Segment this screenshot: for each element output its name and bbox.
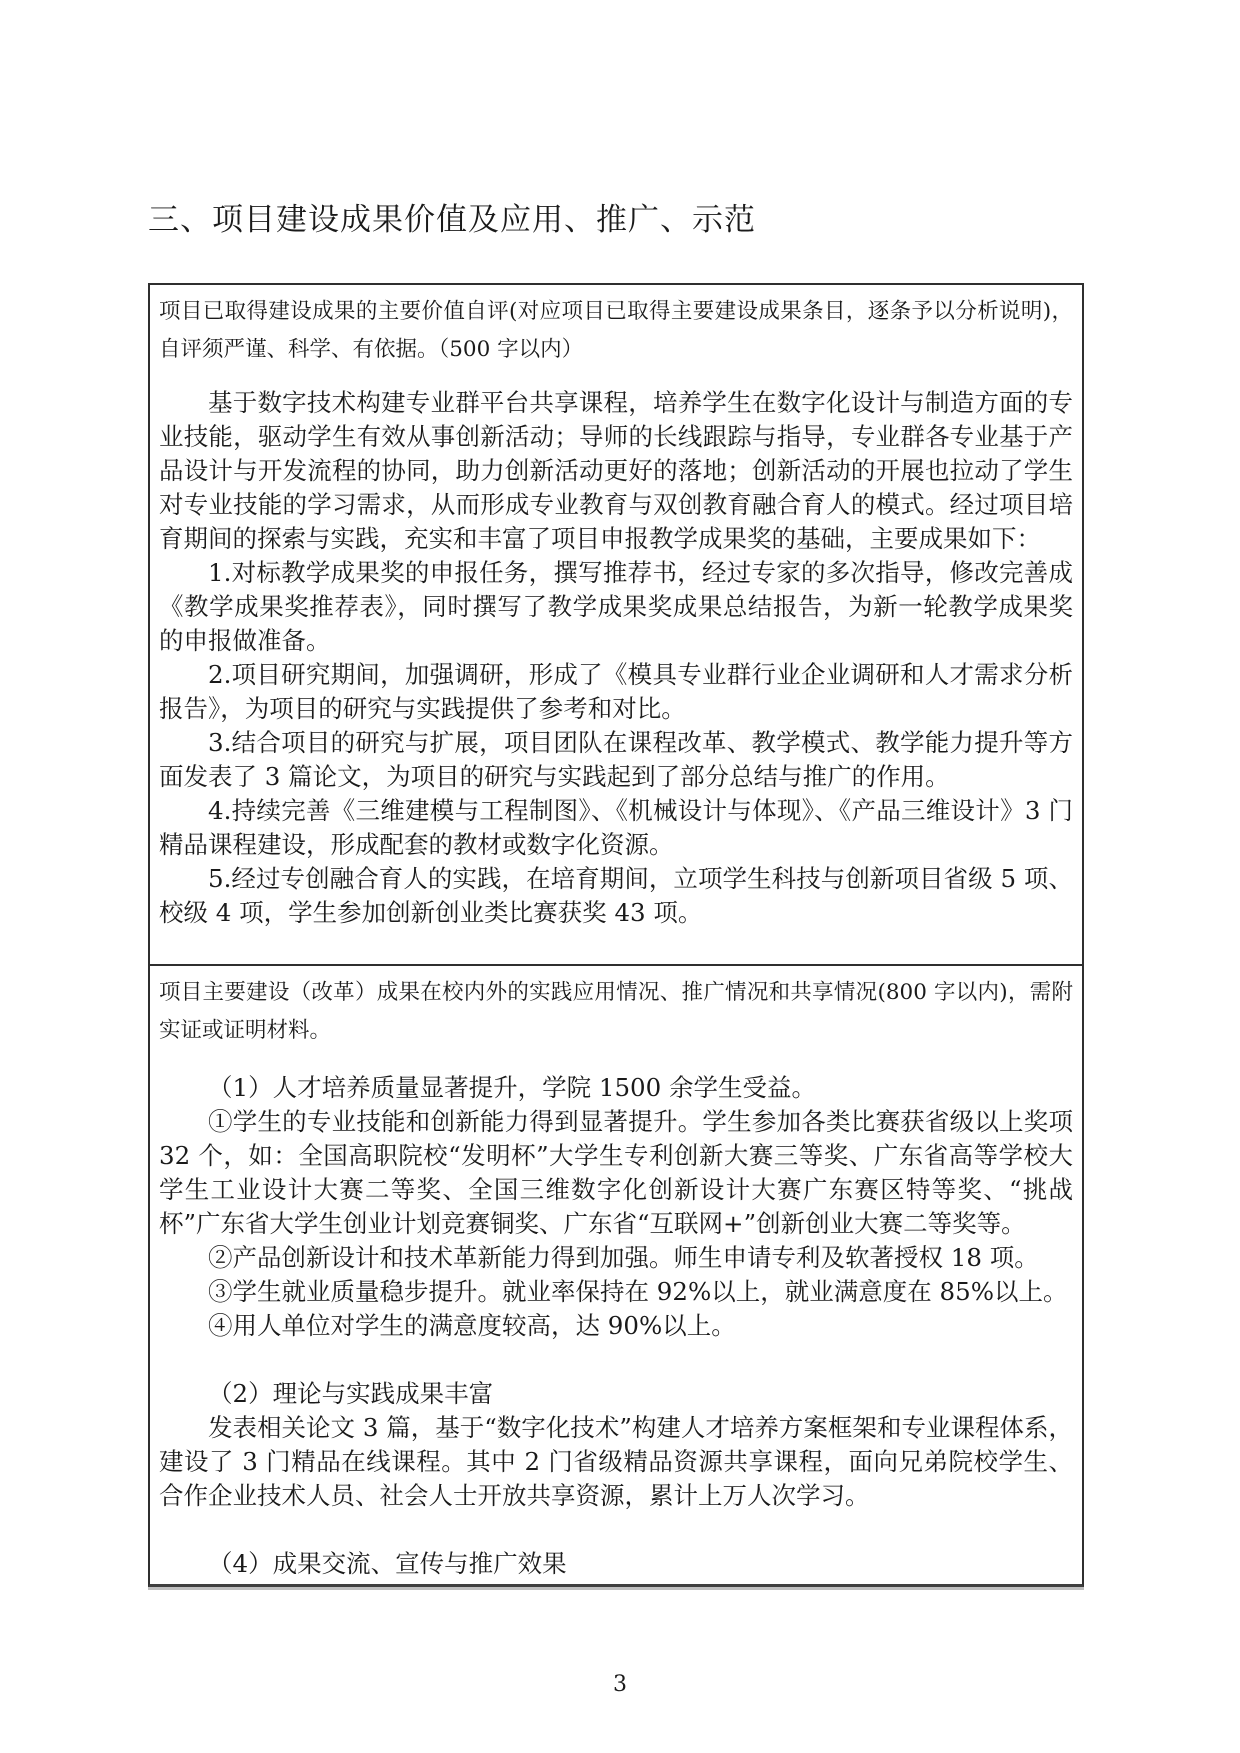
application-paragraph: ③学生就业质量稳步提升。就业率保持在 92%以上，就业满意度在 85%以上。	[159, 1275, 1073, 1309]
evaluation-paragraph: 5.经过专创融合育人的实践，在培育期间，立项学生科技与创新项目省级 5 项、校级…	[159, 862, 1073, 930]
evaluation-paragraph: 4.持续完善《三维建模与工程制图》、《机械设计与体现》、《产品三维设计》3 门精…	[159, 794, 1073, 862]
application-paragraph: （4）成果交流、宣传与推广效果	[159, 1547, 1073, 1581]
page-title: 三、项目建设成果价值及应用、推广、示范	[148, 198, 756, 242]
evaluation-paragraph: 基于数字技术构建专业群平台共享课程，培养学生在数字化设计与制造方面的专业技能，驱…	[159, 386, 1073, 556]
evaluation-paragraph: 3.结合项目的研究与扩展，项目团队在课程改革、教学模式、教学能力提升等方面发表了…	[159, 726, 1073, 794]
page-number: 3	[0, 1672, 1240, 1697]
results-table: 项目已取得建设成果的主要价值自评(对应项目已取得主要建设成果条目，逐条予以分析说…	[148, 283, 1084, 1587]
application-paragraph: ②产品创新设计和技术革新能力得到加强。师生申请专利及软著授权 18 项。	[159, 1241, 1073, 1275]
application-promotion-cell: 项目主要建设（改革）成果在校内外的实践应用情况、推广情况和共享情况(800 字以…	[150, 966, 1082, 1584]
application-prompt: 项目主要建设（改革）成果在校内外的实践应用情况、推广情况和共享情况(800 字以…	[159, 974, 1073, 1050]
application-paragraph: ①成果助力省级模具设计与制造专业群通过 2024 年度检查，带动了学校工科类	[159, 1581, 1073, 1584]
evaluation-paragraph: 2.项目研究期间，加强调研，形成了《模具专业群行业企业调研和人才需求分析报告》，…	[159, 658, 1073, 726]
application-body: （1）人才培养质量显著提升，学院 1500 余学生受益。 ①学生的专业技能和创新…	[159, 1071, 1073, 1584]
application-paragraph: 发表相关论文 3 篇，基于“数字化技术”构建人才培养方案框架和专业课程体系，建设…	[159, 1411, 1073, 1513]
evaluation-paragraph: 1.对标教学成果奖的申报任务，撰写推荐书，经过专家的多次指导，修改完善成《教学成…	[159, 556, 1073, 658]
application-paragraph: （1）人才培养质量显著提升，学院 1500 余学生受益。	[159, 1071, 1073, 1105]
application-paragraph: ④用人单位对学生的满意度较高，达 90%以上。	[159, 1309, 1073, 1343]
self-evaluation-body: 基于数字技术构建专业群平台共享课程，培养学生在数字化设计与制造方面的专业技能，驱…	[159, 386, 1073, 930]
application-paragraph: （2）理论与实践成果丰富	[159, 1377, 1073, 1411]
self-evaluation-cell: 项目已取得建设成果的主要价值自评(对应项目已取得主要建设成果条目，逐条予以分析说…	[150, 285, 1082, 966]
application-paragraph: ①学生的专业技能和创新能力得到显著提升。学生参加各类比赛获省级以上奖项 32 个…	[159, 1105, 1073, 1241]
self-evaluation-prompt: 项目已取得建设成果的主要价值自评(对应项目已取得主要建设成果条目，逐条予以分析说…	[159, 293, 1073, 369]
